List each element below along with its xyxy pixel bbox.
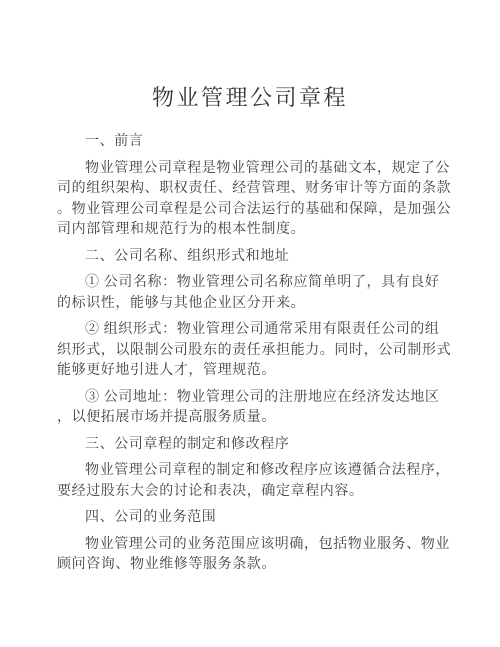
paragraph: ① 公司名称：物业管理公司名称应简单明了，具有良好的标识性，能够与其他企业区分开…: [57, 273, 435, 314]
document-title: 物业管理公司章程: [0, 0, 500, 111]
text-line: ③ 公司地址：物业管理公司的注册地应在经济发达地区: [57, 388, 435, 409]
text-line: 一、前言: [57, 132, 435, 153]
text-line: 司的组织架构、职权责任、经营管理、财务审计等方面的条款: [57, 179, 435, 200]
paragraph: 物业管理公司章程的制定和修改程序应该遵循合法程序，要经过股东大会的讨论和表决，确…: [57, 461, 435, 502]
text-line: 三、公司章程的制定和修改程序: [57, 435, 435, 456]
text-line: 能够更好地引进人才，管理规范。: [57, 361, 435, 382]
paragraph: ③ 公司地址：物业管理公司的注册地应在经济发达地区，以便拓展市场并提高服务质量。: [57, 388, 435, 429]
text-line: 要经过股东大会的讨论和表决，确定章程内容。: [57, 482, 435, 503]
text-line: 司内部管理和规范行为的根本性制度。: [57, 220, 435, 241]
text-line: 的标识性，能够与其他企业区分开来。: [57, 294, 435, 315]
text-line: 织形式，以限制公司股东的责任承担能力。同时，公司制形式: [57, 341, 435, 362]
text-line: ① 公司名称：物业管理公司名称应简单明了，具有良好: [57, 273, 435, 294]
section-heading: 一、前言: [57, 132, 435, 153]
text-line: 四、公司的业务范围: [57, 508, 435, 529]
document-body: 一、前言物业管理公司章程是物业管理公司的基础文本，规定了公司的组织架构、职权责任…: [57, 132, 435, 576]
text-line: 物业管理公司章程是物业管理公司的基础文本，规定了公: [57, 159, 435, 180]
section-heading: 四、公司的业务范围: [57, 508, 435, 529]
text-line: ② 组织形式：物业管理公司通常采用有限责任公司的组: [57, 320, 435, 341]
section-heading: 二、公司名称、组织形式和地址: [57, 247, 435, 268]
document-page: 物业管理公司章程 一、前言物业管理公司章程是物业管理公司的基础文本，规定了公司的…: [0, 0, 500, 647]
text-line: 。物业管理公司章程是公司合法运行的基础和保障，是加强公: [57, 200, 435, 221]
section-heading: 三、公司章程的制定和修改程序: [57, 435, 435, 456]
text-line: 顾问咨询、物业维修等服务条款。: [57, 555, 435, 576]
text-line: ，以便拓展市场并提高服务质量。: [57, 408, 435, 429]
text-line: 物业管理公司的业务范围应该明确，包括物业服务、物业: [57, 535, 435, 556]
paragraph: 物业管理公司的业务范围应该明确，包括物业服务、物业顾问咨询、物业维修等服务条款。: [57, 535, 435, 576]
text-line: 物业管理公司章程的制定和修改程序应该遵循合法程序，: [57, 461, 435, 482]
paragraph: ② 组织形式：物业管理公司通常采用有限责任公司的组织形式，以限制公司股东的责任承…: [57, 320, 435, 382]
text-line: 二、公司名称、组织形式和地址: [57, 247, 435, 268]
paragraph: 物业管理公司章程是物业管理公司的基础文本，规定了公司的组织架构、职权责任、经营管…: [57, 159, 435, 241]
